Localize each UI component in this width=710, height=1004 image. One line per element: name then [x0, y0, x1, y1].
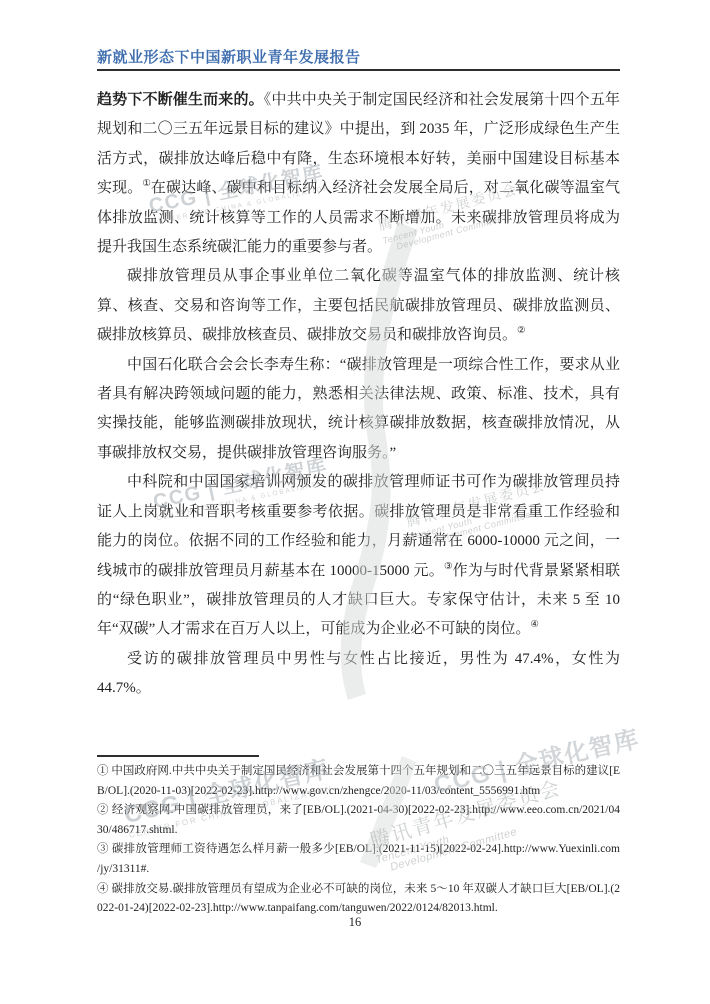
paragraph: 受访的碳排放管理员中男性与女性占比接近，男性为 47.4%，女性为 44.7%。	[97, 645, 620, 704]
footnote-reference: ②	[517, 326, 525, 336]
paragraph-segment: 在碳达峰、碳中和目标纳入经济社会发展全局后，对二氧化碳等温室气体排放监测、统计核…	[97, 180, 620, 255]
paragraph-segment: 趋势下不断催生而来的。	[97, 92, 264, 108]
footnote-item: ④ 碳排放交易.碳排放管理员有望成为企业必不可缺的岗位，未来 5～10 年双碳人…	[97, 880, 620, 919]
page-number: 16	[0, 915, 710, 930]
footnotes-list: ① 中国政府网.中共中央关于制定国民经济和社会发展第十四个五年规划和二〇三五年远…	[97, 762, 620, 919]
footnote-reference: ①	[142, 179, 150, 189]
paragraph-segment: 碳排放管理员从事企事业单位二氧化碳等温室气体的排放监测、统计核算、核查、交易和咨…	[97, 268, 620, 343]
header-rule	[97, 69, 620, 71]
footnote-item: ① 中国政府网.中共中央关于制定国民经济和社会发展第十四个五年规划和二〇三五年远…	[97, 762, 620, 801]
document-page: 新就业形态下中国新职业青年发展报告 趋势下不断催生而来的。《中共中央关于制定国民…	[0, 0, 710, 1004]
footnote-reference: ④	[530, 620, 538, 630]
footnote-item: ② 经济观察网.中国碳排放管理员，来了[EB/OL].(2021-04-30)[…	[97, 801, 620, 840]
footnote-separator	[97, 755, 259, 757]
paragraph-segment: 中国石化联合会会长李寿生称：“碳排放管理是一项综合性工作，要求从业者具有解决跨领…	[97, 357, 620, 461]
paragraph: 趋势下不断催生而来的。《中共中央关于制定国民经济和社会发展第十四个五年规划和二〇…	[97, 86, 620, 262]
page-title: 新就业形态下中国新职业青年发展报告	[97, 46, 620, 67]
paragraph: 中科院和中国国家培训网颁发的碳排放管理师证书可作为碳排放管理员持证人上岗就业和晋…	[97, 468, 620, 644]
paragraph: 中国石化联合会会长李寿生称：“碳排放管理是一项综合性工作，要求从业者具有解决跨领…	[97, 351, 620, 469]
paragraph-segment: 受访的碳排放管理员中男性与女性占比接近，男性为 47.4%，女性为 44.7%。	[97, 651, 620, 696]
paragraph: 碳排放管理员从事企事业单位二氧化碳等温室气体的排放监测、统计核算、核查、交易和咨…	[97, 262, 620, 350]
footnote-item: ③ 碳排放管理师工资待遇怎么样月薪一般多少[EB/OL].(2021-11-15…	[97, 840, 620, 879]
body-text: 趋势下不断催生而来的。《中共中央关于制定国民经济和社会发展第十四个五年规划和二〇…	[97, 86, 620, 704]
footnote-reference: ③	[444, 562, 453, 572]
